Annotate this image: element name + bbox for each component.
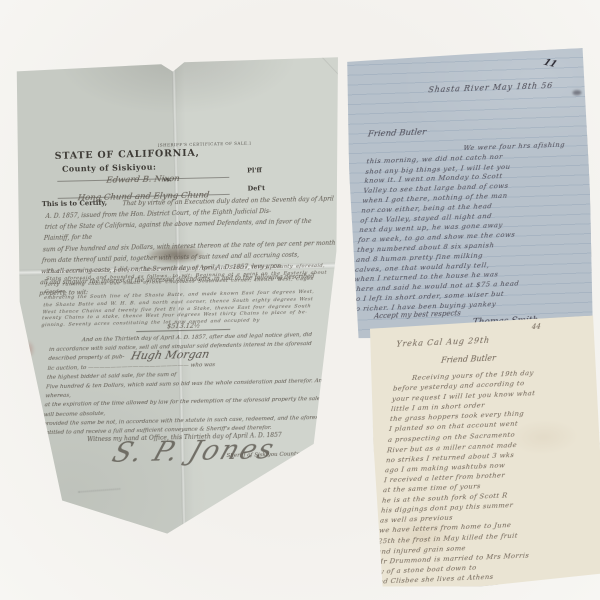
red-stain	[20, 339, 35, 359]
certify-heading: This is to Certify,	[42, 199, 107, 208]
letter-dateline: Shasta River May 18th 56	[428, 81, 554, 94]
letter-body: Receiving yours of the 19th daybefore ye…	[374, 365, 600, 587]
yreka-letter: 44 Yreka Cal Aug 29th Friend Butler Rece…	[368, 315, 600, 590]
sale-paragraph: And on the Thirtieth day of April A. D. …	[42, 331, 334, 439]
corner-ink-mark: 11	[541, 58, 558, 70]
corner-ink-mark: 44	[531, 323, 541, 331]
letter-salutation: Friend Butler	[367, 127, 426, 139]
state-heading: STATE OF CALIFORNIA,	[55, 148, 200, 162]
letter-closing: Accept my best respects	[374, 309, 462, 320]
plaintiff-label: Pl'ff	[247, 166, 262, 174]
letter-body: We were four hrs afishingthis morning, w…	[350, 140, 593, 315]
corner-crease	[312, 46, 344, 80]
purchaser-name: Hugh Morgan	[130, 347, 211, 362]
sheriff-signature-title: Sheriff of Siskiyou County	[227, 451, 300, 459]
photo-backdrop: [SHERIFF'S CERTIFICATE OF SALE.] STATE O…	[0, 0, 600, 600]
pencil-notation	[78, 488, 120, 498]
property-description-block: That certain piece or parcel of land, si…	[41, 262, 341, 328]
plaintiff-line: Edward B. Nixon	[57, 165, 229, 182]
sheriff-signature: S. P. Jones	[108, 434, 279, 469]
letter-salutation: Friend Butler	[441, 354, 497, 365]
letter-dateline: Yreka Cal Aug 29th	[396, 336, 491, 349]
ink-smear	[572, 90, 581, 95]
form-title-small: [SHERIFF'S CERTIFICATE OF SALE.]	[142, 140, 266, 148]
amount-notation: $513.12½	[136, 321, 231, 332]
defendant-label: Def't	[247, 184, 265, 192]
shasta-river-letter: 11 Shasta River May 18th 56 Friend Butle…	[345, 48, 595, 341]
sheriffs-certificate-document: [SHERIFF'S CERTIFICATE OF SALE.] STATE O…	[13, 54, 354, 541]
